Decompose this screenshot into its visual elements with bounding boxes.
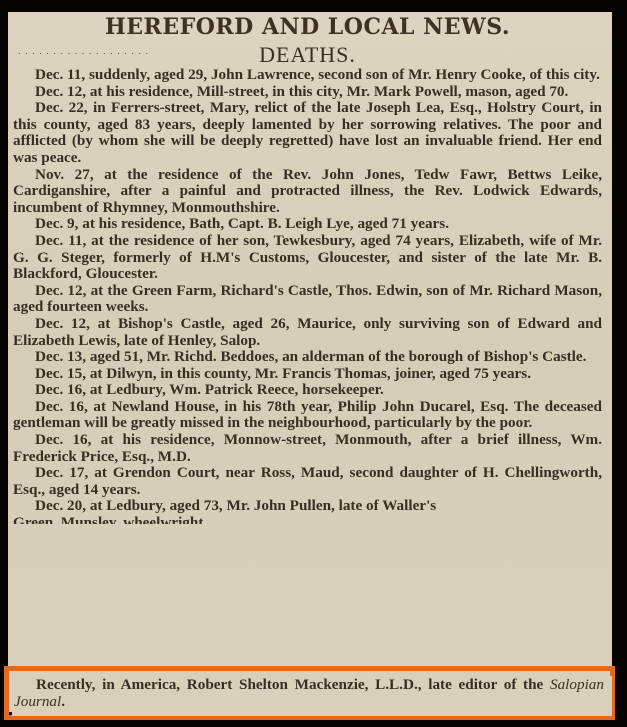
death-notice: Dec. 16, at Ledbury, Wm. Patrick Reece, … (13, 382, 602, 399)
death-notice: Dec. 20, at Ledbury, aged 73, Mr. John P… (13, 498, 602, 515)
death-notice: Dec. 17, at Grendon Court, near Ross, Ma… (13, 465, 602, 498)
death-notice: Dec. 16, at Newland House, in his 78th y… (13, 399, 602, 432)
death-notice: Dec. 22, in Ferrers-street, Mary, relict… (13, 100, 602, 166)
death-notice: Nov. 27, at the residence of the Rev. Jo… (13, 167, 602, 217)
death-notice: Dec. 12, at his residence, Mill-street, … (13, 84, 602, 101)
dotted-rule: . . . . . . . . . . . . . . . . . . . (18, 47, 149, 56)
death-notices: Dec. 11, suddenly, aged 29, John Lawrenc… (13, 67, 602, 524)
masthead-title: HEREFORD AND LOCAL NEWS. (13, 14, 602, 40)
death-notice-cut-off: Green, Munsley, wheelwright. (13, 515, 602, 524)
death-notice: Dec. 11, suddenly, aged 29, John Lawrenc… (13, 67, 602, 84)
death-notice: Dec. 9, at his residence, Bath, Capt. B.… (13, 216, 602, 233)
death-notice: Dec. 13, aged 51, Mr. Richd. Beddoes, an… (13, 349, 602, 366)
death-notice: Dec. 11, at the residence of her son, Te… (13, 233, 602, 283)
highlighted-text: Recently, in America, Robert Shelton Mac… (36, 676, 550, 693)
highlighted-text-end: . (61, 693, 65, 710)
newspaper-clipping: HEREFORD AND LOCAL NEWS. . . . . . . . .… (8, 12, 612, 712)
death-notice: Dec. 15, at Dilwyn, in this county, Mr. … (13, 366, 602, 383)
death-notice: Dec. 16, at his residence, Monnow-street… (13, 432, 602, 465)
death-notice: Dec. 12, at Bishop's Castle, aged 26, Ma… (13, 316, 602, 349)
highlighted-death-notice: Recently, in America, Robert Shelton Mac… (12, 676, 612, 716)
death-notice: Dec. 12, at the Green Farm, Richard's Ca… (13, 283, 602, 316)
